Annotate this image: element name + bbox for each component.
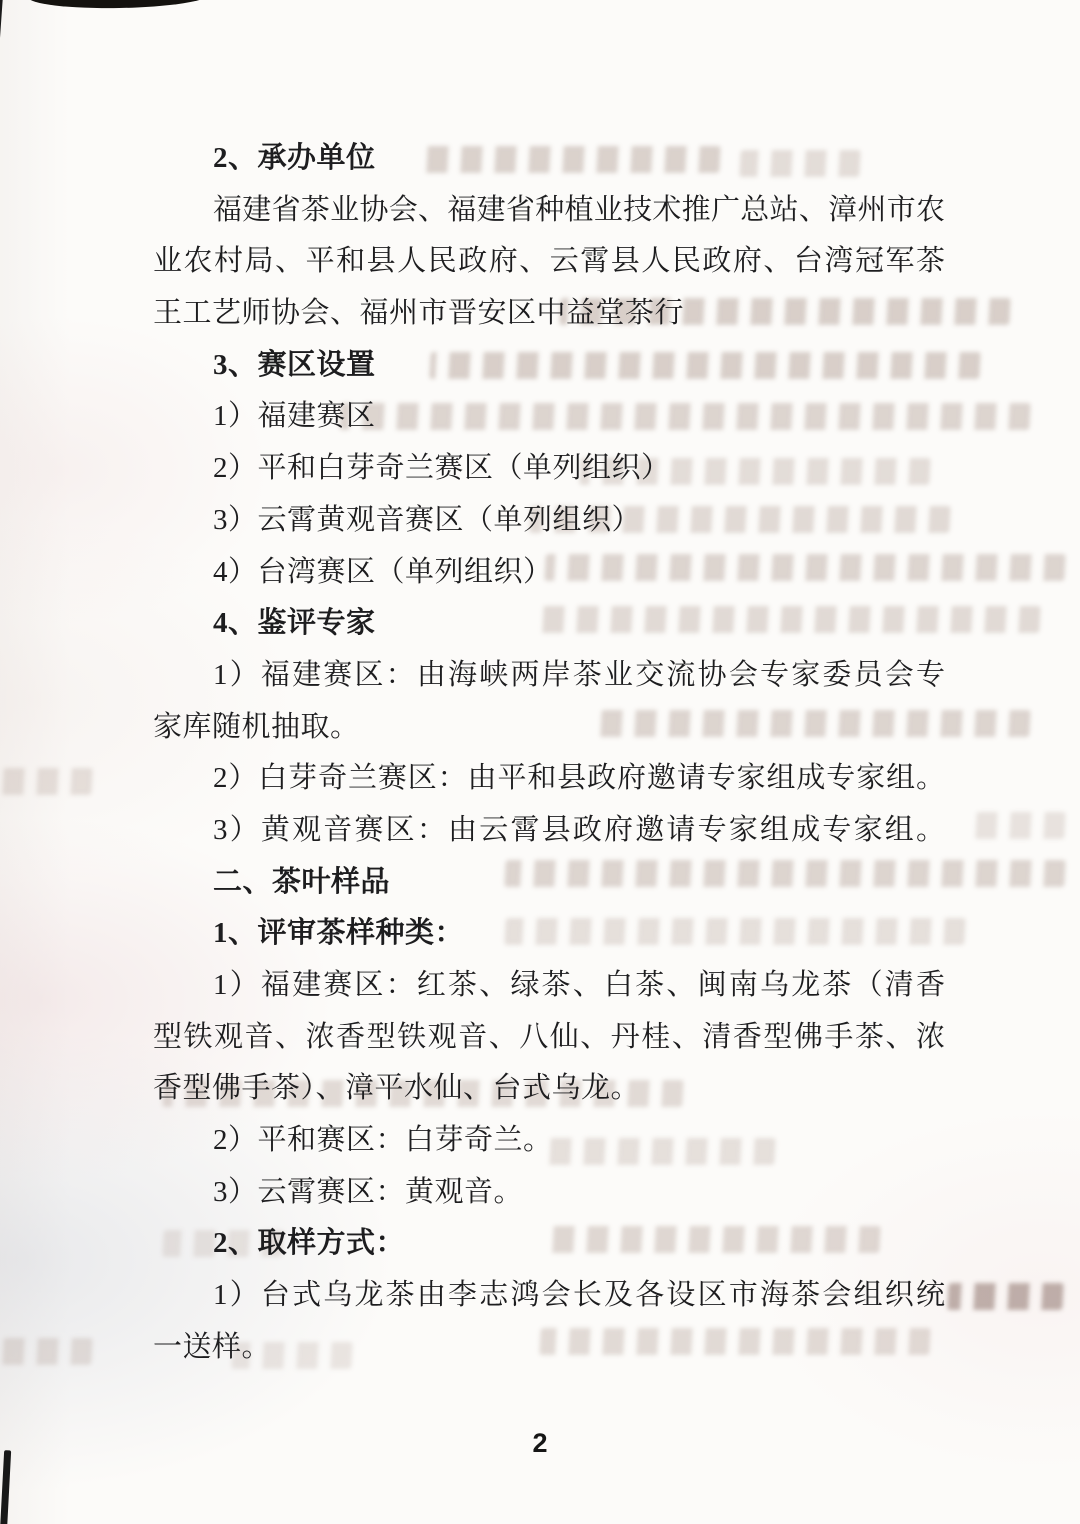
text-line: 型铁观音、浓香型铁观音、八仙、丹桂、清香型佛手茶、浓: [153, 1012, 945, 1064]
section-heading: 1、评审茶样种类：: [153, 908, 945, 960]
text-line: 1）台式乌龙茶由李志鸿会长及各设区市海茶会组织统: [153, 1270, 945, 1322]
text-line: 2）白芽奇兰赛区：由平和县政府邀请专家组成专家组。: [153, 753, 945, 805]
text-line: 1）福建赛区：红茶、绿茶、白茶、闽南乌龙茶（清香: [153, 960, 945, 1012]
text-line: 家库随机抽取。: [153, 702, 945, 754]
text-line: 业农村局、平和县人民政府、云霄县人民政府、台湾冠军茶: [153, 236, 945, 288]
text-line: 王工艺师协会、福州市晋安区中益堂茶行: [153, 288, 945, 340]
section-heading: 2、取样方式：: [153, 1218, 945, 1270]
section-heading: 3、赛区设置: [153, 340, 945, 392]
text-line: 香型佛手茶）、漳平水仙、台式乌龙。: [153, 1063, 945, 1115]
document-body: 2、承办单位福建省茶业协会、福建省种植业技术推广总站、漳州市农业农村局、平和县人…: [153, 133, 945, 1374]
scan-artifact-left-line: [0, 0, 3, 57]
scan-artifact-bottom-line: [0, 1450, 11, 1524]
text-line: 2）平和赛区：白芽奇兰。: [153, 1115, 945, 1167]
section-heading: 二、茶叶样品: [153, 857, 945, 909]
bleedthrough-mark: [1, 768, 92, 795]
text-line: 1）福建赛区: [153, 391, 945, 443]
bleedthrough-mark: [974, 812, 1065, 839]
text-line: 3）黄观音赛区：由云霄县政府邀请专家组成专家组。: [153, 805, 945, 857]
section-heading: 4、鉴评专家: [153, 598, 945, 650]
scan-artifact-top-blob: [28, 0, 210, 10]
text-line: 一送样。: [153, 1322, 945, 1374]
text-line: 2）平和白芽奇兰赛区（单列组织）: [153, 443, 945, 495]
bleedthrough-mark: [947, 1283, 1063, 1310]
text-line: 1）福建赛区：由海峡两岸茶业交流协会专家委员会专: [153, 650, 945, 702]
text-line: 3）云霄黄观音赛区（单列组织）: [153, 495, 945, 547]
scanned-document-page: 2、承办单位福建省茶业协会、福建省种植业技术推广总站、漳州市农业农村局、平和县人…: [0, 0, 1080, 1524]
text-line: 3）云霄赛区：黄观音。: [153, 1167, 945, 1219]
bleedthrough-mark: [1, 1338, 92, 1365]
section-heading: 2、承办单位: [153, 133, 945, 185]
text-line: 4）台湾赛区（单列组织）: [153, 547, 945, 599]
text-line: 福建省茶业协会、福建省种植业技术推广总站、漳州市农: [153, 185, 945, 237]
page-number: 2: [0, 1428, 1080, 1459]
